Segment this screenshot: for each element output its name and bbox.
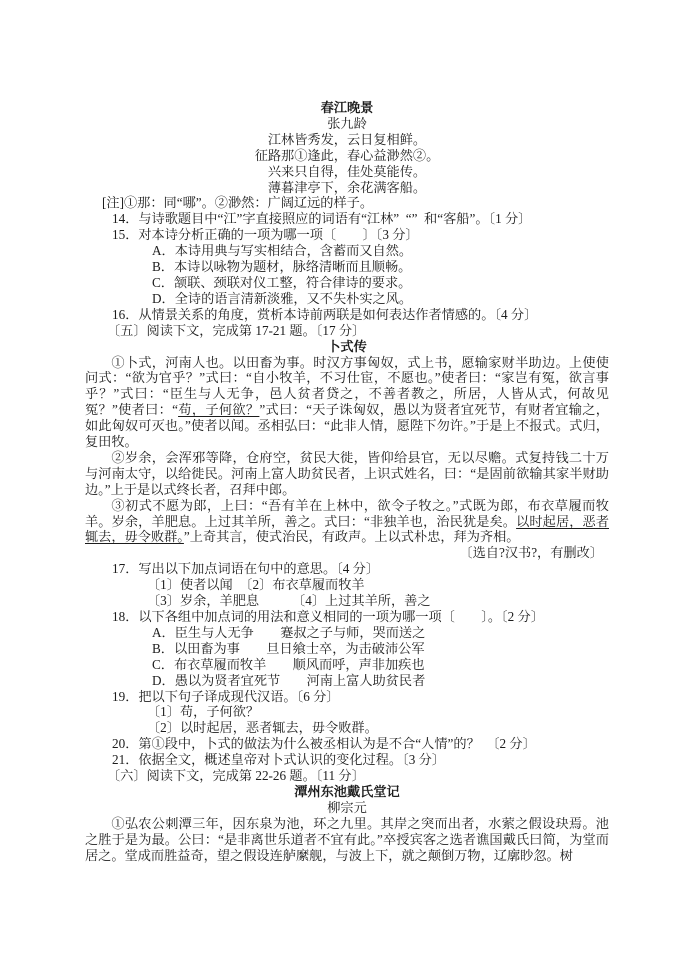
question-18-option-a: A．臣生与人无争 蹇叔之子与师，哭而送之 — [85, 625, 609, 641]
poem-line: 征路那①逢此，春心益渺然②。 — [85, 148, 609, 164]
question-14: 14．与诗歌题目中“江”字直接照应的词语有“江林” “” 和“客船”。〔1 分〕 — [85, 211, 609, 227]
poem-line: 江林皆秀发，云日复相鲜。 — [85, 132, 609, 148]
question-18-stem: 18．以下各组中加点词的用法和意义相同的一项为哪一项〔 〕。〔2 分〕 — [85, 609, 609, 625]
exam-content: 春江晚景 张九龄 江林皆秀发，云日复相鲜。 征路那①逢此，春心益渺然②。 兴来只… — [0, 0, 691, 864]
question-15-option-b: B．本诗以咏物为题材，脉络清晰而且顺畅。 — [85, 259, 609, 275]
question-15-option-d: D．全诗的语言清新淡雅，又不失朴实之风。 — [85, 291, 609, 307]
poem-line: 薄暮津亭下，余花满客船。 — [85, 180, 609, 196]
question-15-stem: 15．对本诗分析正确的一项为哪一项〔 〕〔3 分〕 — [85, 227, 609, 243]
question-17-items-3-4: 〔3〕岁余，羊肥息 〔4〕上过其羊所，善之 — [85, 593, 609, 609]
question-19-item-2: 〔2〕以时起居，恶者辄去，毋令败群。 — [85, 720, 609, 736]
passage-paragraph-tanzhou-1: ①弘农公刺潭三年，因东泉为池，环之九里。其岸之突而出者，水萦之假设玦焉。池之胜于… — [85, 816, 609, 864]
question-15-option-a: A．本诗用典与写实相结合，含蓄而又自然。 — [85, 243, 609, 259]
question-17-items-1-2: 〔1〕使者以闻 〔2〕布衣草履而牧羊 — [85, 577, 609, 593]
question-15-option-c: C．颔联、颈联对仪工整，符合律诗的要求。 — [85, 275, 609, 291]
poem-title: 春江晚景 — [85, 100, 609, 116]
section-6-header: 〔六〕阅读下文，完成第 22-26 题。〔11 分〕 — [85, 768, 609, 784]
question-19-item-1: 〔1〕苟，子何欲？ — [85, 704, 609, 720]
passage-paragraph-1: ①卜式，河南人也。以田畜为事。时汉方事匈奴，式上书，愿输家财半助边。上使使问式：… — [85, 355, 609, 450]
passage-title-bushizhuan: 卜式传 — [85, 339, 609, 355]
passage-source: 〔选自?汉书?，有删改〕 — [85, 545, 609, 561]
poem-author: 张九龄 — [85, 116, 609, 132]
poem-line: 兴来只自得，佳处莫能传。 — [85, 164, 609, 180]
question-20: 20．第①段中，卜式的做法为什么被丞相认为是不合“人情”的？ 〔2 分〕 — [85, 736, 609, 752]
question-18-option-c: C．布衣草履而牧羊 顺风而呼，声非加疾也 — [85, 657, 609, 673]
paragraph-text: ”上奇其言，使式治民，有政声。上以式朴忠，拜为齐相。 — [184, 529, 520, 544]
question-21: 21．依据全文，概述皇帝对卜式认识的变化过程。〔3 分〕 — [85, 752, 609, 768]
passage-paragraph-2: ②岁余，会浑邪等降，仓府空，贫民大徙，皆仰给县官，无以尽赡。式复持钱二十万与河南… — [85, 450, 609, 498]
exam-page: 春江晚景 张九龄 江林皆秀发，云日复相鲜。 征路那①逢此，春心益渺然②。 兴来只… — [0, 0, 691, 977]
passage-paragraph-3: ③初式不愿为郎，上曰：“吾有羊在上林中，欲令子牧之。”式既为郎，布衣草履而牧羊。… — [85, 498, 609, 546]
underlined-phrase: 苟，子何欲？ — [178, 402, 259, 417]
section-5-header: 〔五〕阅读下文，完成第 17-21 题。〔17 分〕 — [85, 323, 609, 339]
question-18-option-d: D．愚以为贤者宜死节 河南上富人助贫民者 — [85, 673, 609, 689]
poem-note: [注]①那：同“哪”。②渺然：广阔辽远的样子。 — [85, 195, 609, 211]
question-19-stem: 19．把以下句子译成现代汉语。〔6 分〕 — [85, 689, 609, 705]
question-16: 16．从情景关系的角度，赏析本诗前两联是如何表达作者情感的。〔4 分〕 — [85, 307, 609, 323]
question-18-option-b: B．以田畜为事 旦日飨士卒，为击破沛公军 — [85, 641, 609, 657]
passage-title-tanzhou: 潭州东池戴氏堂记 — [85, 784, 609, 800]
question-17-stem: 17．写出以下加点词语在句中的意思。〔4 分〕 — [85, 561, 609, 577]
passage-author-liuzongyuan: 柳宗元 — [85, 800, 609, 816]
